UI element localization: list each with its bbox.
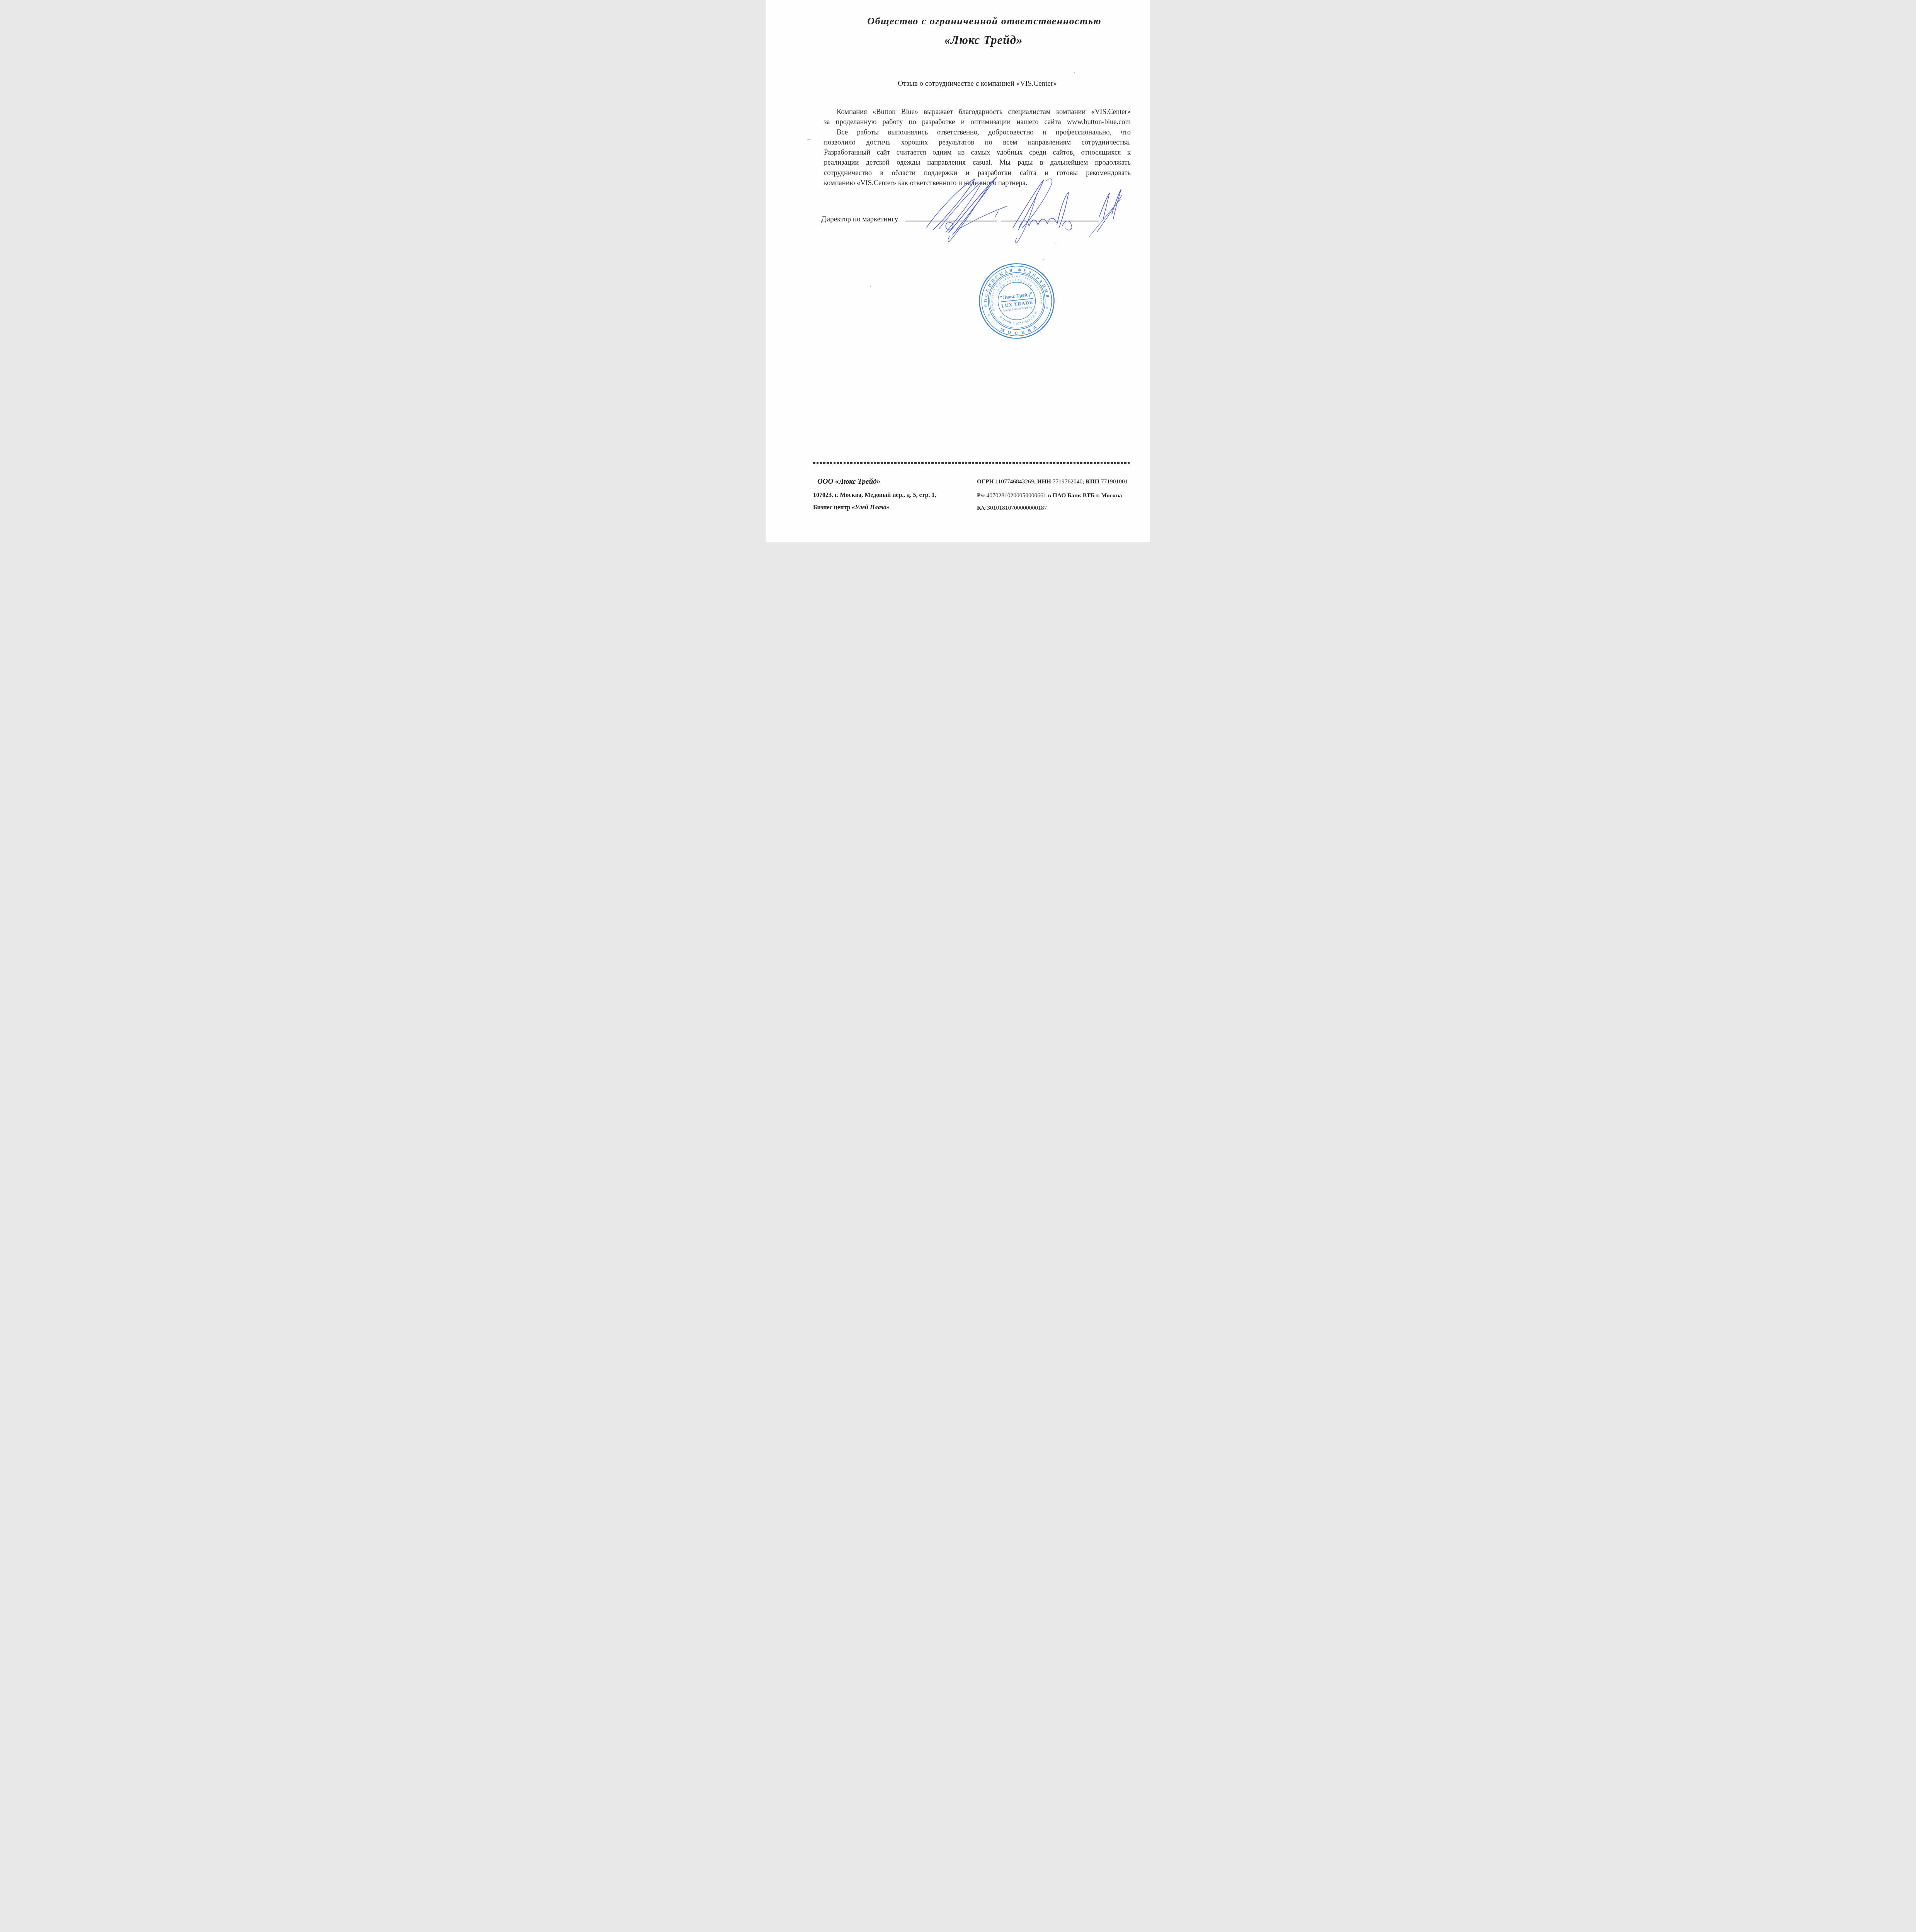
inn-value: 7719762040; — [1053, 478, 1086, 485]
scan-artifact — [870, 286, 871, 287]
signature-role-label: Директор по маркетингу — [821, 215, 898, 224]
body-line: за проделанную работу по разработке и оп… — [824, 117, 1131, 127]
footer-address: 107023, г. Москва, Медовый пер., д. 5, с… — [813, 492, 936, 499]
rs-label: Р/с — [977, 492, 987, 499]
handwritten-signatures — [894, 174, 1133, 251]
footer-bc-label: Бизнес центр — [813, 504, 852, 511]
scan-artifact — [1041, 259, 1046, 262]
scan-artifact: ʼ — [1074, 71, 1075, 77]
company-stamp: РОССИЙСКАЯ ФЕДЕРАЦИЯ МОСКВА ✳ ✳ Общество… — [978, 262, 1055, 340]
kpp-value: 771901001 — [1101, 478, 1128, 485]
document-page: Общество с ограниченной ответственностью… — [766, 0, 1150, 542]
body-line: реализации детской одежды направления ca… — [824, 158, 1131, 168]
footer-company-name: ООО «Люкс Трейд» — [817, 478, 880, 486]
footer-bc-name: «Улей Плаза» — [852, 504, 889, 511]
body-line: позволило достичь хороших результатов по… — [824, 138, 1131, 148]
letter-title: Отзыв о сотрудничестве с компанией «VIS.… — [824, 80, 1131, 88]
footer-corr-account: К/с 30101810700000000187 — [977, 505, 1047, 512]
body-line: Компания «Button Blue» выражает благодар… — [824, 107, 1131, 117]
kpp-label: КПП — [1086, 478, 1101, 485]
footer-divider — [813, 462, 1130, 464]
ogrn-value: 1107746843269; — [995, 478, 1037, 485]
scan-artifact — [807, 139, 811, 140]
signature-director — [927, 177, 1007, 241]
rs-value: 40702810200050000661 — [987, 492, 1048, 499]
footer-business-center: Бизнес центр «Улей Плаза» — [813, 504, 890, 511]
stamp-star-icon: ✳ — [1045, 306, 1049, 310]
body-line: Разработанный сайт считается одним из са… — [824, 148, 1131, 158]
inn-label: ИНН — [1037, 478, 1053, 485]
ks-label: К/с — [977, 505, 987, 511]
bank-name: в ПАО Банк ВТБ г. Москва — [1048, 492, 1122, 499]
company-form-heading: Общество с ограниченной ответственностью — [867, 15, 1101, 27]
body-line: Все работы выполнялись ответственно, доб… — [824, 128, 1131, 138]
ks-value: 30101810700000000187 — [987, 505, 1047, 511]
ogrn-label: ОГРН — [977, 478, 995, 485]
footer-registration-numbers: ОГРН 1107746843269; ИНН 7719762040; КПП … — [977, 478, 1128, 485]
footer-bank-account: Р/с 40702810200050000661 в ПАО Банк ВТБ … — [977, 492, 1122, 499]
signature-transcript — [1013, 179, 1122, 243]
stamp-star-icon: ✳ — [987, 313, 991, 317]
company-name-heading: «Люкс Трейд» — [944, 33, 1023, 47]
